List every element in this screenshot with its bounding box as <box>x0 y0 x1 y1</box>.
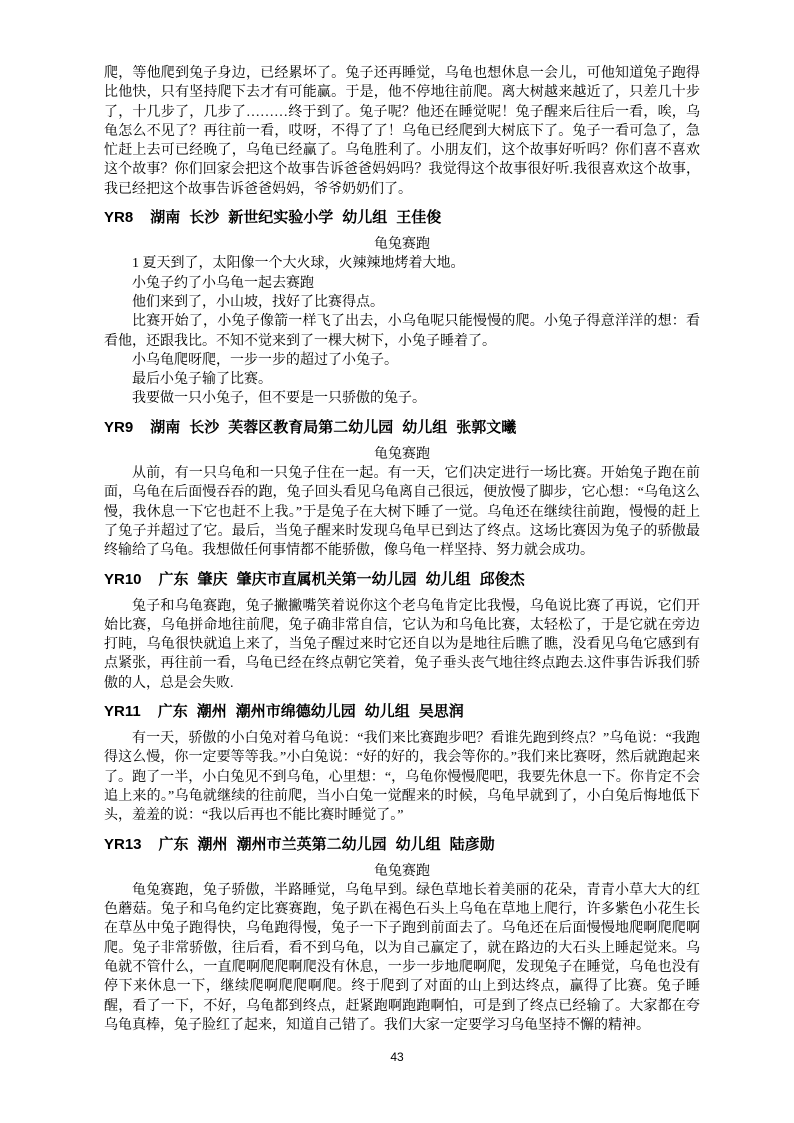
entry-author: 陆彦勋 <box>450 836 495 853</box>
entry-city: 潮州 <box>197 703 227 720</box>
entry-code: YR13 <box>104 836 142 853</box>
story-section-yr9: YR9湖南长沙芙蓉区教育局第二幼儿园幼儿组张郭文曦龟兔赛跑从前，有一只乌龟和一只… <box>104 418 700 561</box>
entry-city: 肇庆 <box>198 571 228 588</box>
story-paragraph: 从前，有一只乌龟和一只兔子住在一起。有一天，它们决定进行一场比赛。开始兔子跑在前… <box>104 464 700 560</box>
story-paragraph: 1 夏天到了，太阳像一个大火球，火辣辣地烤着大地。 <box>104 254 700 273</box>
section-heading: YR9湖南长沙芙蓉区教育局第二幼儿园幼儿组张郭文曦 <box>104 418 700 438</box>
entry-province: 广东 <box>158 703 188 720</box>
story-paragraph: 有一天，骄傲的小白兔对着乌龟说：“我们来比赛跑步吧？看谁先跑到终点？”乌龟说：“… <box>104 729 700 825</box>
story-section-yr8: YR8湖南长沙新世纪实验小学幼儿组王佳俊龟兔赛跑1 夏天到了，太阳像一个大火球，… <box>104 208 700 409</box>
section-heading: YR11广东潮州潮州市绵德幼儿园幼儿组吴思润 <box>104 702 700 722</box>
entry-code: YR9 <box>104 419 133 436</box>
entry-author: 王佳俊 <box>396 209 441 226</box>
entry-author: 吴思润 <box>419 703 464 720</box>
entry-code: YR11 <box>104 703 141 720</box>
story-paragraph: 我要做一只小兔子，但不要是一只骄傲的兔子。 <box>104 389 700 408</box>
entry-school: 新世纪实验小学 <box>228 209 333 226</box>
continuation-paragraph: 爬，等他爬到兔子身边，已经累坏了。兔子还再睡觉，乌龟也想休息一会儿，可他知道兔子… <box>104 64 700 199</box>
story-paragraph: 小兔子约了小乌龟一起去赛跑 <box>104 274 700 293</box>
entry-province: 湖南 <box>150 419 180 436</box>
entry-group: 幼儿组 <box>426 571 471 588</box>
entry-province: 湖南 <box>150 209 180 226</box>
story-title: 龟兔赛跑 <box>104 235 700 254</box>
entry-city: 潮州 <box>198 836 228 853</box>
section-heading: YR13广东潮州潮州市兰英第二幼儿园幼儿组陆彦勋 <box>104 835 700 855</box>
sections-container: YR8湖南长沙新世纪实验小学幼儿组王佳俊龟兔赛跑1 夏天到了，太阳像一个大火球，… <box>104 208 700 1035</box>
document-page: 爬，等他爬到兔子身边，已经累坏了。兔子还再睡觉，乌龟也想休息一会儿，可他知道兔子… <box>0 0 794 1123</box>
entry-school: 潮州市兰英第二幼儿园 <box>237 836 387 853</box>
entry-city: 长沙 <box>189 209 219 226</box>
entry-school: 芙蓉区教育局第二幼儿园 <box>228 419 393 436</box>
entry-group: 幼儿组 <box>402 419 447 436</box>
entry-code: YR10 <box>104 571 142 588</box>
entry-author: 邱俊杰 <box>480 571 525 588</box>
entry-province: 广东 <box>159 571 189 588</box>
story-title: 龟兔赛跑 <box>104 862 700 881</box>
section-heading: YR8湖南长沙新世纪实验小学幼儿组王佳俊 <box>104 208 700 228</box>
entry-group: 幼儿组 <box>396 836 441 853</box>
entry-city: 长沙 <box>189 419 219 436</box>
story-paragraph: 兔子和乌龟赛跑，兔子撇撇嘴笑着说你这个老乌龟肯定比我慢，乌龟说比赛了再说，它们开… <box>104 597 700 693</box>
entry-province: 广东 <box>159 836 189 853</box>
story-paragraph: 他们来到了，小山坡，找好了比赛得点。 <box>104 293 700 312</box>
story-title: 龟兔赛跑 <box>104 445 700 464</box>
story-paragraph: 龟兔赛跑，兔子骄傲，半路睡觉，乌龟早到。绿色草地长着美丽的花朵，青青小草大大的红… <box>104 881 700 1035</box>
entry-school: 肇庆市直属机关第一幼儿园 <box>237 571 417 588</box>
story-section-yr13: YR13广东潮州潮州市兰英第二幼儿园幼儿组陆彦勋龟兔赛跑龟兔赛跑，兔子骄傲，半路… <box>104 835 700 1036</box>
entry-code: YR8 <box>104 209 133 226</box>
section-heading: YR10广东肇庆肇庆市直属机关第一幼儿园幼儿组邱俊杰 <box>104 570 700 590</box>
entry-author: 张郭文曦 <box>456 419 516 436</box>
page-number: 43 <box>0 1048 794 1067</box>
story-paragraph: 最后小兔子输了比赛。 <box>104 370 700 389</box>
story-section-yr11: YR11广东潮州潮州市绵德幼儿园幼儿组吴思润有一天，骄傲的小白兔对着乌龟说：“我… <box>104 702 700 825</box>
entry-group: 幼儿组 <box>342 209 387 226</box>
story-paragraph: 小乌龟爬呀爬，一步一步的超过了小兔子。 <box>104 351 700 370</box>
entry-group: 幼儿组 <box>365 703 410 720</box>
story-section-yr10: YR10广东肇庆肇庆市直属机关第一幼儿园幼儿组邱俊杰兔子和乌龟赛跑，兔子撇撇嘴笑… <box>104 570 700 693</box>
story-paragraph: 比赛开始了，小兔子像箭一样飞了出去，小乌龟呢只能慢慢的爬。小兔子得意洋洋的想：看… <box>104 312 700 351</box>
entry-school: 潮州市绵德幼儿园 <box>236 703 356 720</box>
